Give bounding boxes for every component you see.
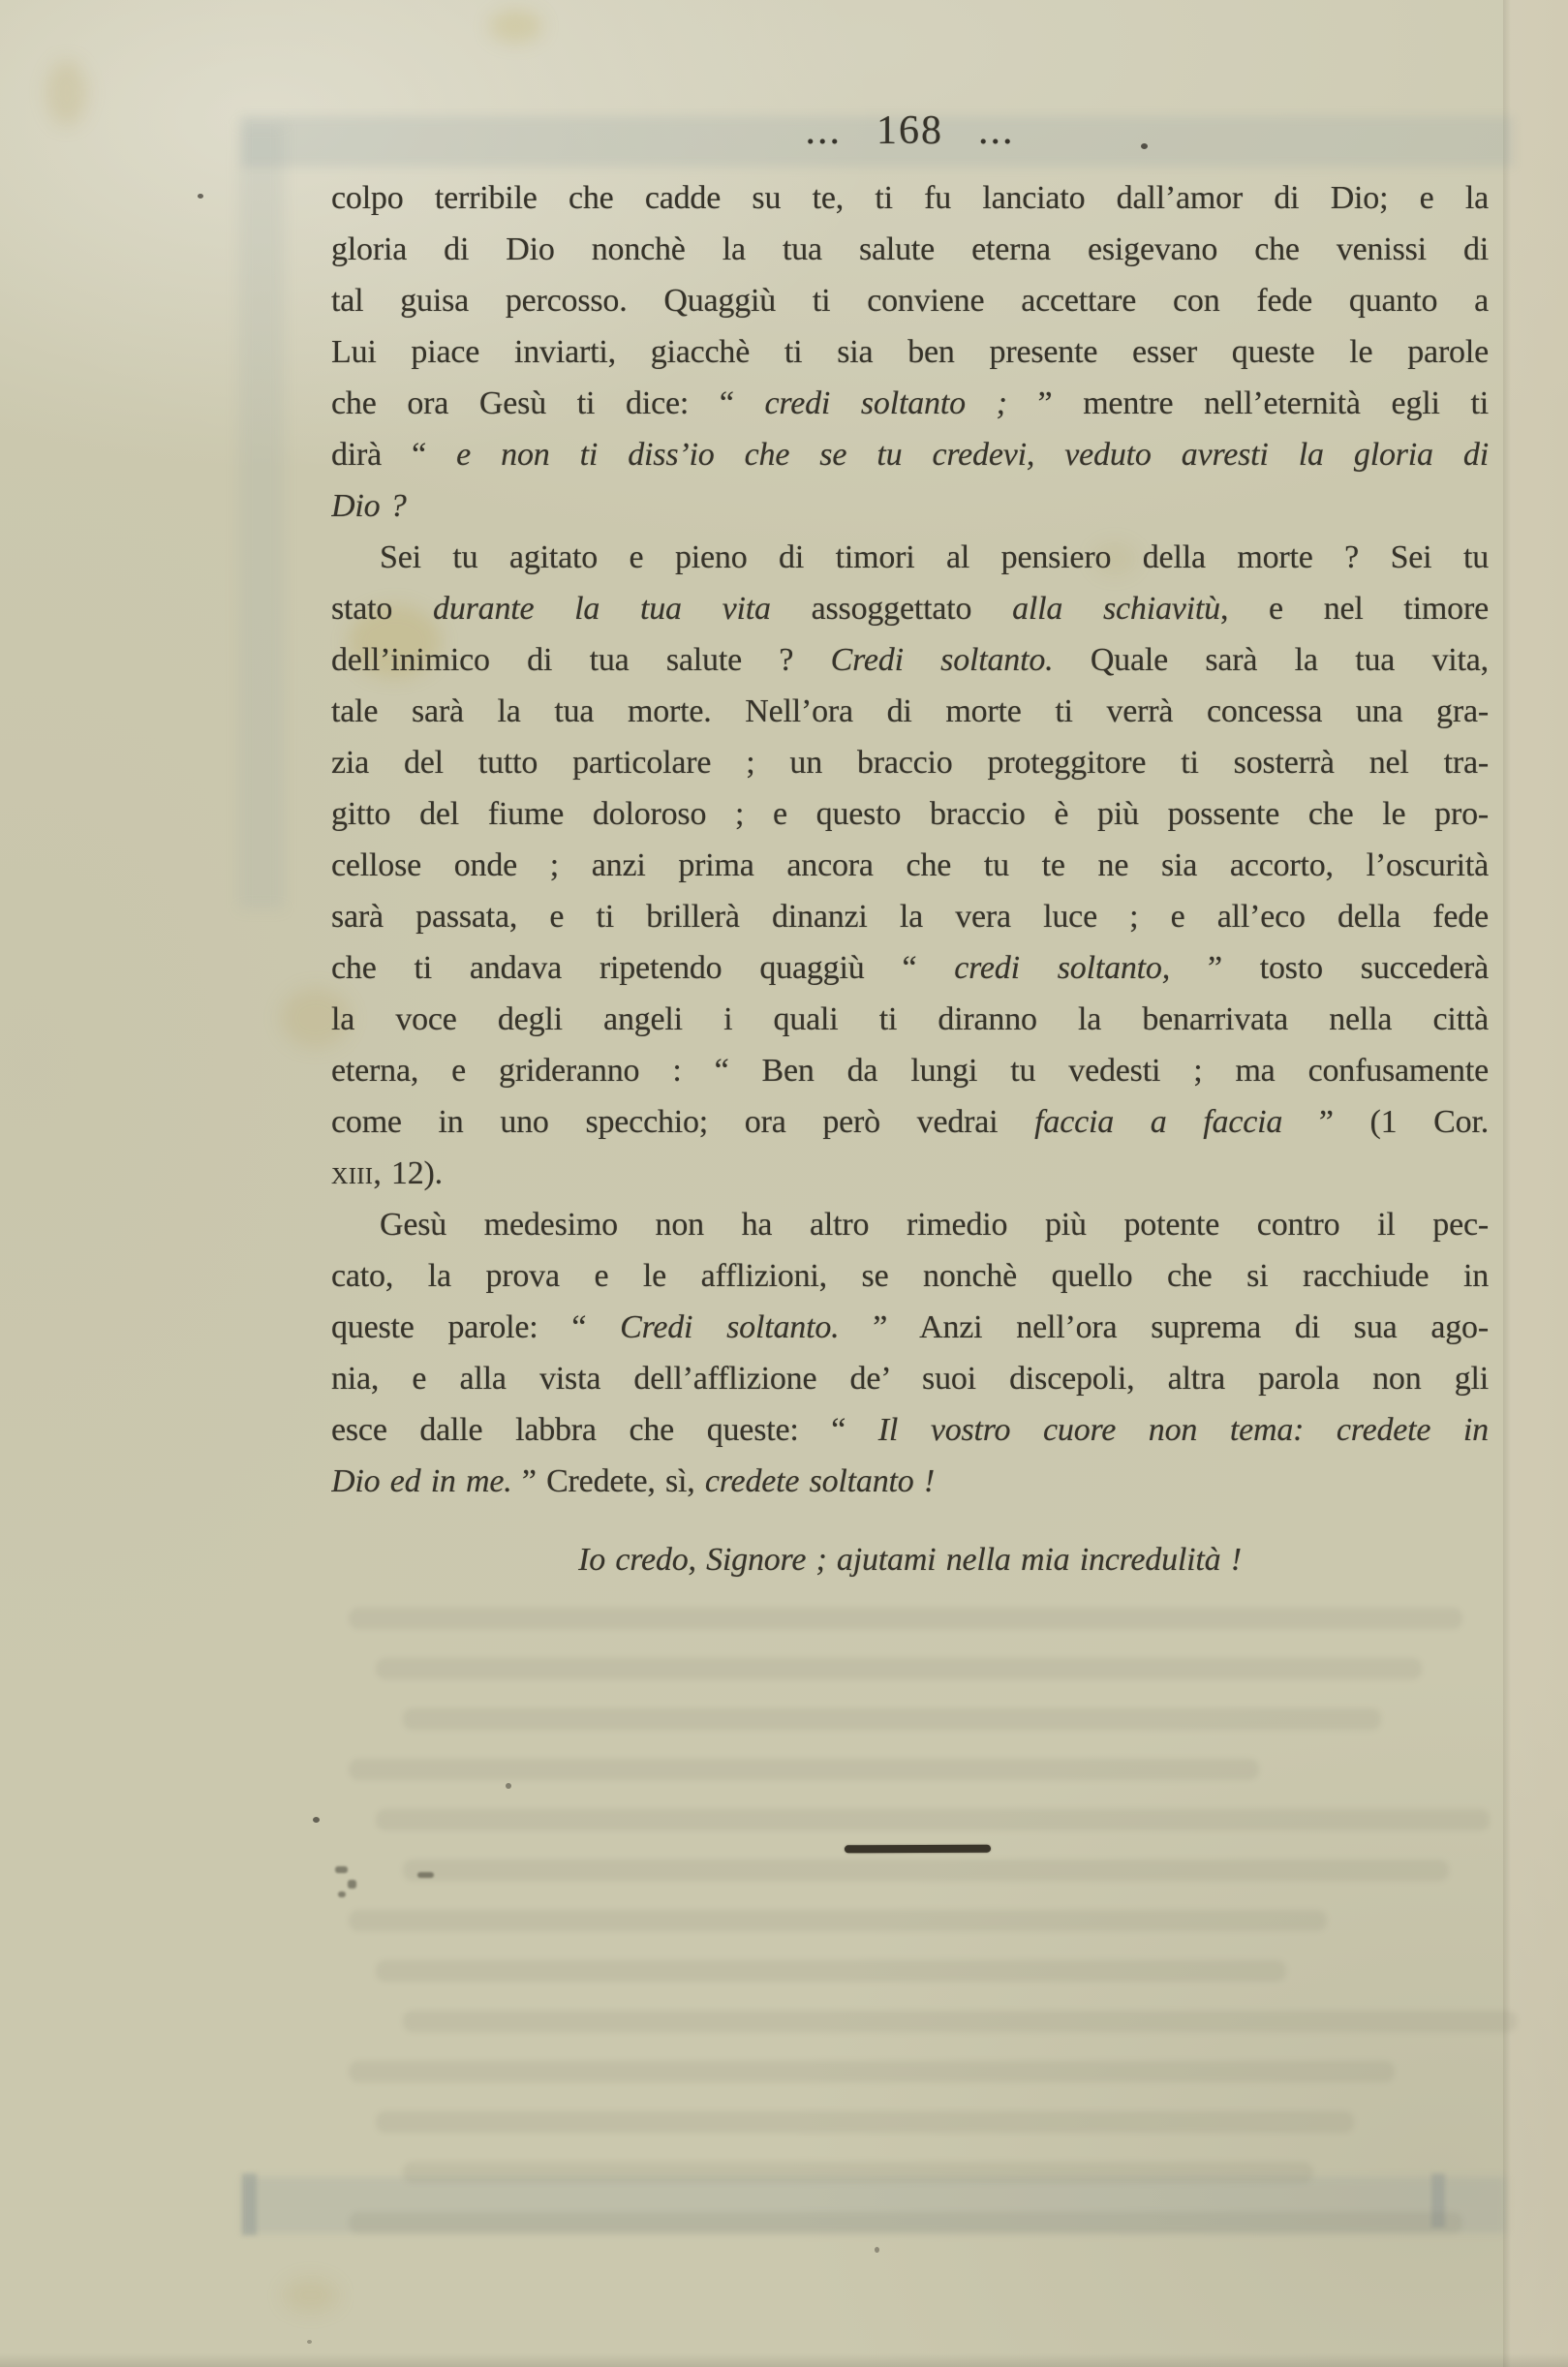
text-segment: cellose onde ; anzi prima ancora che tu … (331, 847, 1489, 883)
italic-text: e non ti diss’io che se tu credevi, vedu… (456, 437, 1489, 473)
ink-smudge (338, 1891, 346, 1897)
bleed-through-line (403, 2162, 1313, 2183)
text-segment: tale sarà la tua morte. Nell’ora di mort… (331, 693, 1489, 729)
text-segment: esce dalle labbra che queste: “ (331, 1412, 878, 1448)
text-segment: dirà “ (331, 437, 456, 473)
text-line: gitto del fiume doloroso ; e questo brac… (331, 788, 1489, 840)
bleed-through-line (349, 1608, 1462, 1629)
body-text: colpo terribile che cadde su te, ti fu l… (331, 172, 1489, 1585)
text-segment: Quale sarà la tua vita, (1053, 642, 1489, 678)
text-segment: Gesù medesimo non ha altro rimedio più p… (380, 1207, 1489, 1243)
text-segment: ” tosto succederà (1170, 950, 1489, 986)
text-line: zia del tutto particolare ; un braccio p… (331, 737, 1489, 788)
bleed-through-line (349, 1910, 1327, 1931)
italic-text: Il vostro cuore non tema: credete in (878, 1412, 1489, 1448)
page-number: 168 (876, 108, 943, 153)
text-segment: tal guisa percosso. Quaggiù ti conviene … (331, 283, 1489, 319)
italic-text: credi soltanto ; (765, 385, 1007, 421)
bleed-through-line (403, 1860, 1449, 1881)
text-segment: assoggettato (771, 591, 1012, 627)
text-segment: zia del tutto particolare ; un braccio p… (331, 745, 1489, 781)
text-line: gloria di Dio nonchè la tua salute etern… (331, 224, 1489, 275)
bleed-through-line (376, 1960, 1286, 1982)
text-segment: ” mentre nell’eternità egli ti (1007, 385, 1489, 421)
text-line: tale sarà la tua morte. Nell’ora di mort… (331, 686, 1489, 737)
text-line: colpo terribile che cadde su te, ti fu l… (331, 172, 1489, 224)
text-line: Sei tu agitato e pieno di timori al pens… (331, 532, 1489, 583)
text-segment: , 12). (373, 1155, 443, 1191)
text-segment: stato (331, 591, 433, 627)
text-segment: colpo terribile che cadde su te, ti fu l… (331, 180, 1489, 216)
italic-text: Dio ed in me. (331, 1463, 512, 1499)
bleed-through-line (403, 2011, 1517, 2032)
bleed-through-line (349, 1759, 1259, 1780)
ink-speck (313, 1817, 320, 1823)
italic-text: faccia a faccia (1034, 1104, 1282, 1140)
text-line: nia, e alla vista dell’afflizione de’ su… (331, 1353, 1489, 1404)
text-segment: nia, e alla vista dell’afflizione de’ su… (331, 1361, 1489, 1397)
paragraph: Gesù medesimo non ha altro rimedio più p… (331, 1199, 1489, 1507)
header-dots-right: ... (978, 108, 1015, 153)
italic-text: credi soltanto, (954, 950, 1170, 986)
text-line: xiii, 12). (331, 1148, 1489, 1199)
text-line: sarà passata, e ti brillerà dinanzi la v… (331, 891, 1489, 942)
text-line: eterna, e grideranno : “ Ben da lungi tu… (331, 1045, 1489, 1096)
bleed-through-line (349, 2061, 1395, 2082)
text-line: Dio ed in me. ” Credete, sì, credete sol… (331, 1456, 1489, 1507)
italic-text: Dio ? (331, 488, 407, 524)
text-line: che ora Gesù ti dice: “ credi soltanto ;… (331, 378, 1489, 429)
italic-text: durante la tua vita (433, 591, 771, 627)
text-line: stato durante la tua vita assoggettato a… (331, 583, 1489, 634)
text-segment: Sei tu agitato e pieno di timori al pens… (380, 539, 1489, 575)
prayer-line: Io credo, Signore ; ajutami nella mia in… (331, 1534, 1489, 1585)
bleed-through-line (403, 1708, 1381, 1730)
text-segment: gloria di Dio nonchè la tua salute etern… (331, 231, 1489, 267)
text-line: Dio ? (331, 480, 1489, 532)
text-segment: dell’inimico di tua salute ? (331, 642, 831, 678)
bleed-through-line (376, 1658, 1422, 1679)
text-segment: ” Anzi nell’ora suprema di sua ago- (839, 1309, 1489, 1345)
ink-speck (506, 1783, 511, 1789)
paragraph: Sei tu agitato e pieno di timori al pens… (331, 532, 1489, 1199)
text-segment: eterna, e grideranno : “ Ben da lungi tu… (331, 1053, 1489, 1089)
text-line: dirà “ e non ti diss’io che se tu credev… (331, 429, 1489, 480)
text-segment: Lui piace inviarti, giacchè ti sia ben p… (331, 334, 1489, 370)
paragraph: colpo terribile che cadde su te, ti fu l… (331, 172, 1489, 532)
page-number-header: ...168... (331, 107, 1489, 159)
text-segment: come in uno specchio; ora però vedrai (331, 1104, 1034, 1140)
text-line: dell’inimico di tua salute ? Credi solta… (331, 634, 1489, 686)
italic-text: Credi soltanto. (620, 1309, 839, 1345)
text-line: la voce degli angeli i quali ti diranno … (331, 994, 1489, 1045)
text-segment: cato, la prova e le afflizioni, se nonch… (331, 1258, 1489, 1294)
text-segment: ” Credete, sì, (512, 1463, 705, 1499)
text-segment: queste parole: “ (331, 1309, 620, 1345)
text-line: cellose onde ; anzi prima ancora che tu … (331, 840, 1489, 891)
text-line: cato, la prova e le afflizioni, se nonch… (331, 1250, 1489, 1302)
ink-smudge (417, 1872, 434, 1878)
bleed-through-line (376, 2111, 1354, 2133)
page-bottom-edge (0, 2353, 1568, 2367)
text-line: Lui piace inviarti, giacchè ti sia ben p… (331, 326, 1489, 378)
separator-rule (845, 1845, 991, 1854)
ink-speck (307, 2340, 312, 2344)
text-segment: sarà passata, e ti brillerà dinanzi la v… (331, 899, 1489, 935)
italic-text: credete soltanto ! (705, 1463, 935, 1499)
italic-text: alla schiavitù (1012, 591, 1220, 627)
text-line: queste parole: “ Credi soltanto. ” Anzi … (331, 1302, 1489, 1353)
ink-speck (198, 194, 203, 199)
italic-text: Credi soltanto. (831, 642, 1054, 678)
text-segment: , e nel timore (1220, 591, 1489, 627)
header-dots-left: ... (806, 108, 843, 153)
ink-smudge (335, 1866, 348, 1873)
text-line: come in uno specchio; ora però vedrai fa… (331, 1096, 1489, 1148)
text-segment: la voce degli angeli i quali ti diranno … (331, 1001, 1489, 1037)
text-line: tal guisa percosso. Quaggiù ti conviene … (331, 275, 1489, 326)
text-line: esce dalle labbra che queste: “ Il vostr… (331, 1404, 1489, 1456)
ink-speck (875, 2247, 879, 2253)
ink-smudge (348, 1880, 356, 1889)
text-segment: che ora Gesù ti dice: “ (331, 385, 765, 421)
text-segment: ” (1 Cor. (1282, 1104, 1489, 1140)
bleed-through-line (349, 2212, 1462, 2233)
text-segment: che ti andava ripetendo quaggiù “ (331, 950, 954, 986)
bleed-through-line (376, 1809, 1490, 1830)
text-segment: gitto del fiume doloroso ; e questo brac… (331, 796, 1489, 832)
text-line: Gesù medesimo non ha altro rimedio più p… (331, 1199, 1489, 1250)
text-segment: xiii (331, 1155, 373, 1191)
scanned-book-page: { "header": { "dots_left": "...", "page_… (0, 0, 1568, 2367)
text-line: che ti andava ripetendo quaggiù “ credi … (331, 942, 1489, 994)
